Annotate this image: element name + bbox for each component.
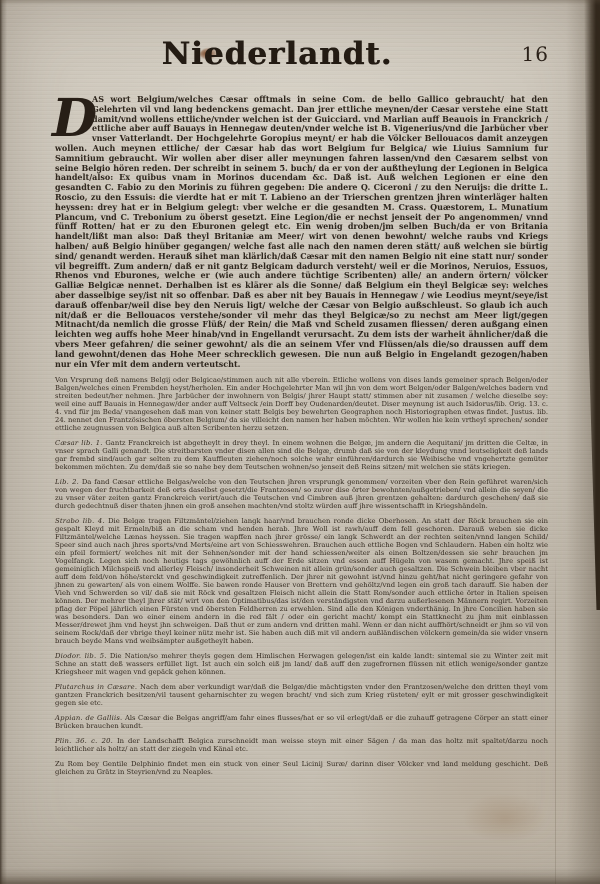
section-citation: Plutarchus in Cæsare. (55, 683, 137, 691)
text-column: DAS wort Belgium/welches Cæsar offtmals … (55, 95, 548, 783)
folio-number: 16 (522, 42, 549, 66)
section-citation: Plin. 36. c. 20. (55, 737, 113, 745)
section-paragraph-rome-column: Zu Rom bey Gentile Delphinio findet men … (55, 760, 548, 776)
section-paragraph-caesar-lib2: Lib. 2. Da fand Cæsar ettliche Belgas/we… (55, 478, 548, 510)
drop-cap-initial: D (52, 98, 88, 140)
section-paragraph-origin: Von Vrsprung deß namens Belgij oder Belg… (55, 376, 548, 432)
section-text: Die Nation/so mehrer theyls gegen dem Hi… (55, 652, 548, 676)
page-header: Niederlandt. (0, 36, 554, 72)
section-citation: Appian. de Galliis. (55, 714, 122, 722)
section-text: Von Vrsprung deß namens Belgij oder Belg… (55, 376, 548, 432)
section-paragraph-strabo: Strabo lib. 4. Die Belgæ tragen Filtzmän… (55, 517, 548, 645)
page-title: Niederlandt. (162, 36, 393, 72)
section-paragraph-diodor: Diodor. lib. 5. Die Nation/so mehrer the… (55, 652, 548, 676)
section-citation: Cæsar lib. 1. (55, 439, 103, 447)
page-edge-top (0, 0, 600, 5)
book-page-scan: Niederlandt. 16 DAS wort Belgium/welches… (0, 0, 600, 884)
section-citation: Strabo lib. 4. (55, 517, 105, 525)
section-paragraph-plutarch: Plutarchus in Cæsare. Nach dem aber verk… (55, 683, 548, 707)
section-text: In der Landschafft Belgica zurschneidt m… (55, 737, 548, 753)
section-text: Als Cæsar die Belgas angriff/am fahr ein… (55, 714, 548, 730)
main-paragraph-text: AS wort Belgium/welches Cæsar offtmals i… (55, 94, 548, 369)
page-fold-line (555, 555, 556, 884)
page-edge-left (0, 0, 7, 884)
section-text: Da fand Cæsar ettliche Belgas/welche von… (55, 478, 548, 510)
section-paragraph-caesar-lib1: Cæsar lib. 1. Gantz Franckreich ist abge… (55, 439, 548, 471)
page-edge-bottom (0, 868, 600, 884)
section-paragraph-appian: Appian. de Galliis. Als Cæsar die Belgas… (55, 714, 548, 730)
section-text: Gantz Franckreich ist abgetheylt in drey… (55, 439, 548, 471)
section-text: Die Belgæ tragen Filtzmäntel/ziehen lang… (55, 517, 548, 645)
section-paragraph-plinius: Plin. 36. c. 20. In der Landschafft Belg… (55, 737, 548, 753)
section-citation: Diodor. lib. 5. (55, 652, 107, 660)
main-paragraph: DAS wort Belgium/welches Cæsar offtmals … (55, 95, 548, 369)
section-citation: Lib. 2. (55, 478, 79, 486)
section-text: Zu Rom bey Gentile Delphinio findet men … (55, 760, 548, 776)
